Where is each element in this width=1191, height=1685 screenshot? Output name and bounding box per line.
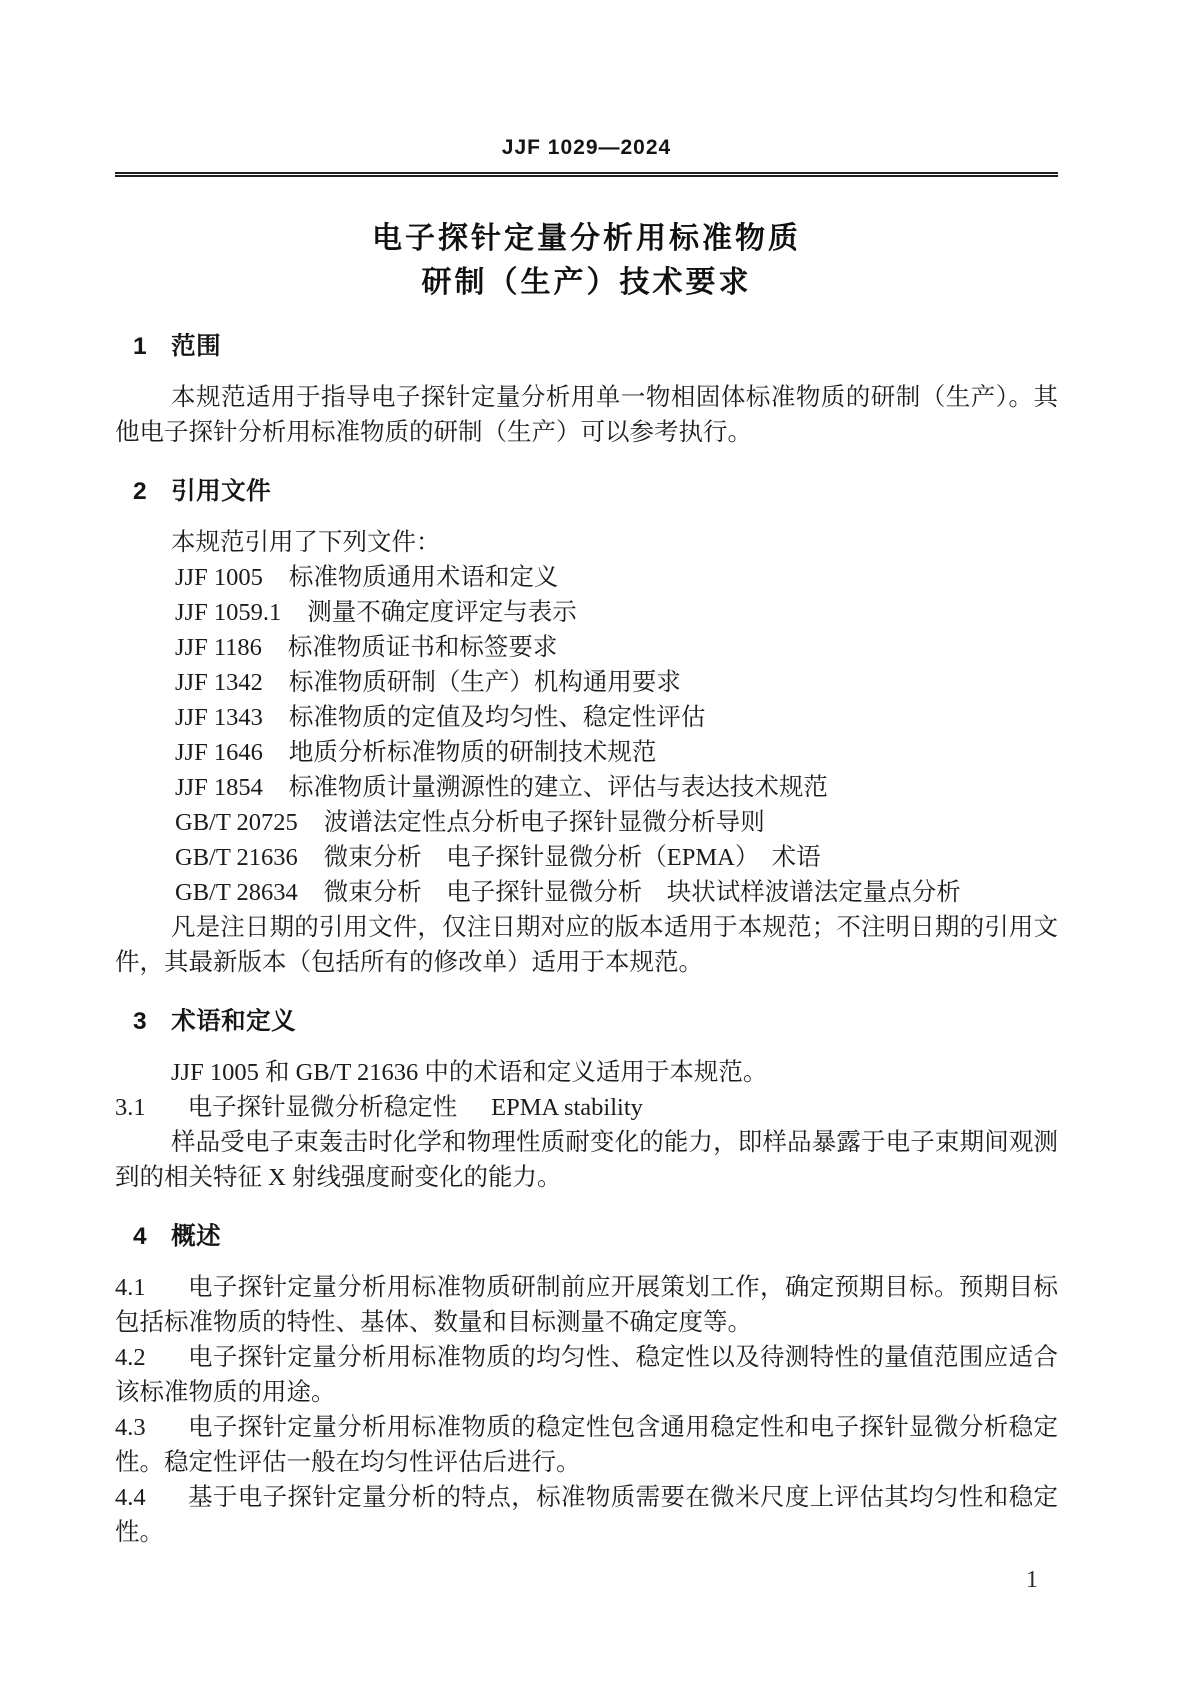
section-heading-text: 术语和定义 [171,1008,296,1035]
reference-code: JJF 1343 [175,704,263,731]
reference-title: 微束分析 电子探针显微分析（EPMA） 术语 [324,844,821,871]
reference-code: GB/T 28634 [175,879,298,906]
clause-text: 基于电子探针定量分析的特点，标准物质需要在微米尺度上评估其均匀性和稳定性。 [115,1484,1058,1546]
section-number: 3 [133,1008,147,1035]
reference-title: 测量不确定度评定与表示 [307,599,577,626]
section-terms: 3术语和定义 JJF 1005 和 GB/T 21636 中的术语和定义适用于本… [115,1004,1058,1195]
document-title: 电子探针定量分析用标准物质 研制（生产）技术要求 [115,217,1058,305]
section-scope-heading: 1范围 [115,329,1058,364]
reference-item: JJF 1646地质分析标准物质的研制技术规范 [115,735,1058,770]
reference-title: 标准物质的定值及均匀性、稳定性评估 [289,704,706,731]
reference-list: JJF 1005标准物质通用术语和定义 JJF 1059.1测量不确定度评定与表… [115,560,1058,910]
clause-text: 电子探针定量分析用标准物质研制前应开展策划工作，确定预期目标。预期目标包括标准物… [115,1274,1058,1336]
reference-code: GB/T 20725 [175,809,298,836]
reference-item: JJF 1342标准物质研制（生产）机构通用要求 [115,665,1058,700]
clause-number: 4.2 [115,1344,146,1371]
document-title-line-2: 研制（生产）技术要求 [115,261,1058,305]
standard-number: JJF 1029—2024 [115,0,1058,163]
document-header: JJF 1029—2024 [115,0,1058,177]
reference-item: GB/T 28634微束分析 电子探针显微分析 块状试样波谱法定量点分析 [115,875,1058,910]
reference-item: JJF 1186标准物质证书和标签要求 [115,630,1058,665]
reference-code: JJF 1186 [175,634,262,661]
section-heading-text: 概述 [171,1223,221,1250]
references-closing: 凡是注日期的引用文件，仅注日期对应的版本适用于本规范；不注明日期的引用文件，其最… [115,910,1058,980]
reference-code: JJF 1059.1 [175,599,281,626]
section-overview: 4概述 4.1电子探针定量分析用标准物质研制前应开展策划工作，确定预期目标。预期… [115,1219,1058,1550]
section-references-heading: 2引用文件 [115,474,1058,509]
clause-number: 4.1 [115,1274,146,1301]
section-number: 1 [133,333,147,360]
reference-title: 波谱法定性点分析电子探针显微分析导则 [324,809,765,836]
clause-item: 4.3电子探针定量分析用标准物质的稳定性包含通用稳定性和电子探针显微分析稳定性。… [115,1410,1058,1480]
header-rule [115,172,1058,177]
clause-item: 4.1电子探针定量分析用标准物质研制前应开展策划工作，确定预期目标。预期目标包括… [115,1270,1058,1340]
section-overview-heading: 4概述 [115,1219,1058,1254]
reference-title: 标准物质计量溯源性的建立、评估与表达技术规范 [289,774,828,801]
clause-number: 4.3 [115,1414,146,1441]
reference-item: JJF 1005标准物质通用术语和定义 [115,560,1058,595]
reference-item: GB/T 21636微束分析 电子探针显微分析（EPMA） 术语 [115,840,1058,875]
clause-item: 4.2电子探针定量分析用标准物质的均匀性、稳定性以及待测特性的量值范围应适合该标… [115,1340,1058,1410]
document-page: JJF 1029—2024 电子探针定量分析用标准物质 研制（生产）技术要求 1… [0,0,1191,1550]
term-number: 3.1 [115,1094,146,1121]
clause-number: 4.4 [115,1484,146,1511]
reference-code: JJF 1342 [175,669,263,696]
term-definition: 样品受电子束轰击时化学和物理性质耐变化的能力，即样品暴露于电子束期间观测到的相关… [115,1125,1058,1195]
document-title-line-1: 电子探针定量分析用标准物质 [115,217,1058,261]
references-intro: 本规范引用了下列文件： [115,525,1058,560]
reference-item: JJF 1059.1测量不确定度评定与表示 [115,595,1058,630]
clause-text: 电子探针定量分析用标准物质的稳定性包含通用稳定性和电子探针显微分析稳定性。稳定性… [115,1414,1058,1476]
clause-item: 4.4基于电子探针定量分析的特点，标准物质需要在微米尺度上评估其均匀性和稳定性。 [115,1480,1058,1550]
section-number: 4 [133,1223,147,1250]
reference-title: 地质分析标准物质的研制技术规范 [289,739,657,766]
section-references: 2引用文件 本规范引用了下列文件： JJF 1005标准物质通用术语和定义 JJ… [115,474,1058,980]
section-number: 2 [133,478,147,505]
reference-title: 标准物质研制（生产）机构通用要求 [289,669,681,696]
term-name-en: EPMA stability [491,1094,643,1121]
reference-code: JJF 1854 [175,774,263,801]
page-number: 1 [1026,1563,1038,1598]
reference-title: 标准物质通用术语和定义 [289,564,559,591]
terms-intro: JJF 1005 和 GB/T 21636 中的术语和定义适用于本规范。 [115,1055,1058,1090]
reference-code: JJF 1005 [175,564,263,591]
reference-code: GB/T 21636 [175,844,298,871]
term-name-zh: 电子探针显微分析稳定性 [188,1094,458,1121]
reference-title: 微束分析 电子探针显微分析 块状试样波谱法定量点分析 [324,879,961,906]
section-heading-text: 范围 [171,333,221,360]
section-heading-text: 引用文件 [171,478,271,505]
term-line: 3.1电子探针显微分析稳定性EPMA stability [115,1090,1058,1125]
reference-item: GB/T 20725波谱法定性点分析电子探针显微分析导则 [115,805,1058,840]
reference-code: JJF 1646 [175,739,263,766]
scope-paragraph: 本规范适用于指导电子探针定量分析用单一物相固体标准物质的研制（生产）。其他电子探… [115,380,1058,450]
reference-item: JJF 1343标准物质的定值及均匀性、稳定性评估 [115,700,1058,735]
clause-text: 电子探针定量分析用标准物质的均匀性、稳定性以及待测特性的量值范围应适合该标准物质… [115,1344,1058,1406]
section-scope: 1范围 本规范适用于指导电子探针定量分析用单一物相固体标准物质的研制（生产）。其… [115,329,1058,450]
reference-title: 标准物质证书和标签要求 [288,634,558,661]
reference-item: JJF 1854标准物质计量溯源性的建立、评估与表达技术规范 [115,770,1058,805]
section-terms-heading: 3术语和定义 [115,1004,1058,1039]
